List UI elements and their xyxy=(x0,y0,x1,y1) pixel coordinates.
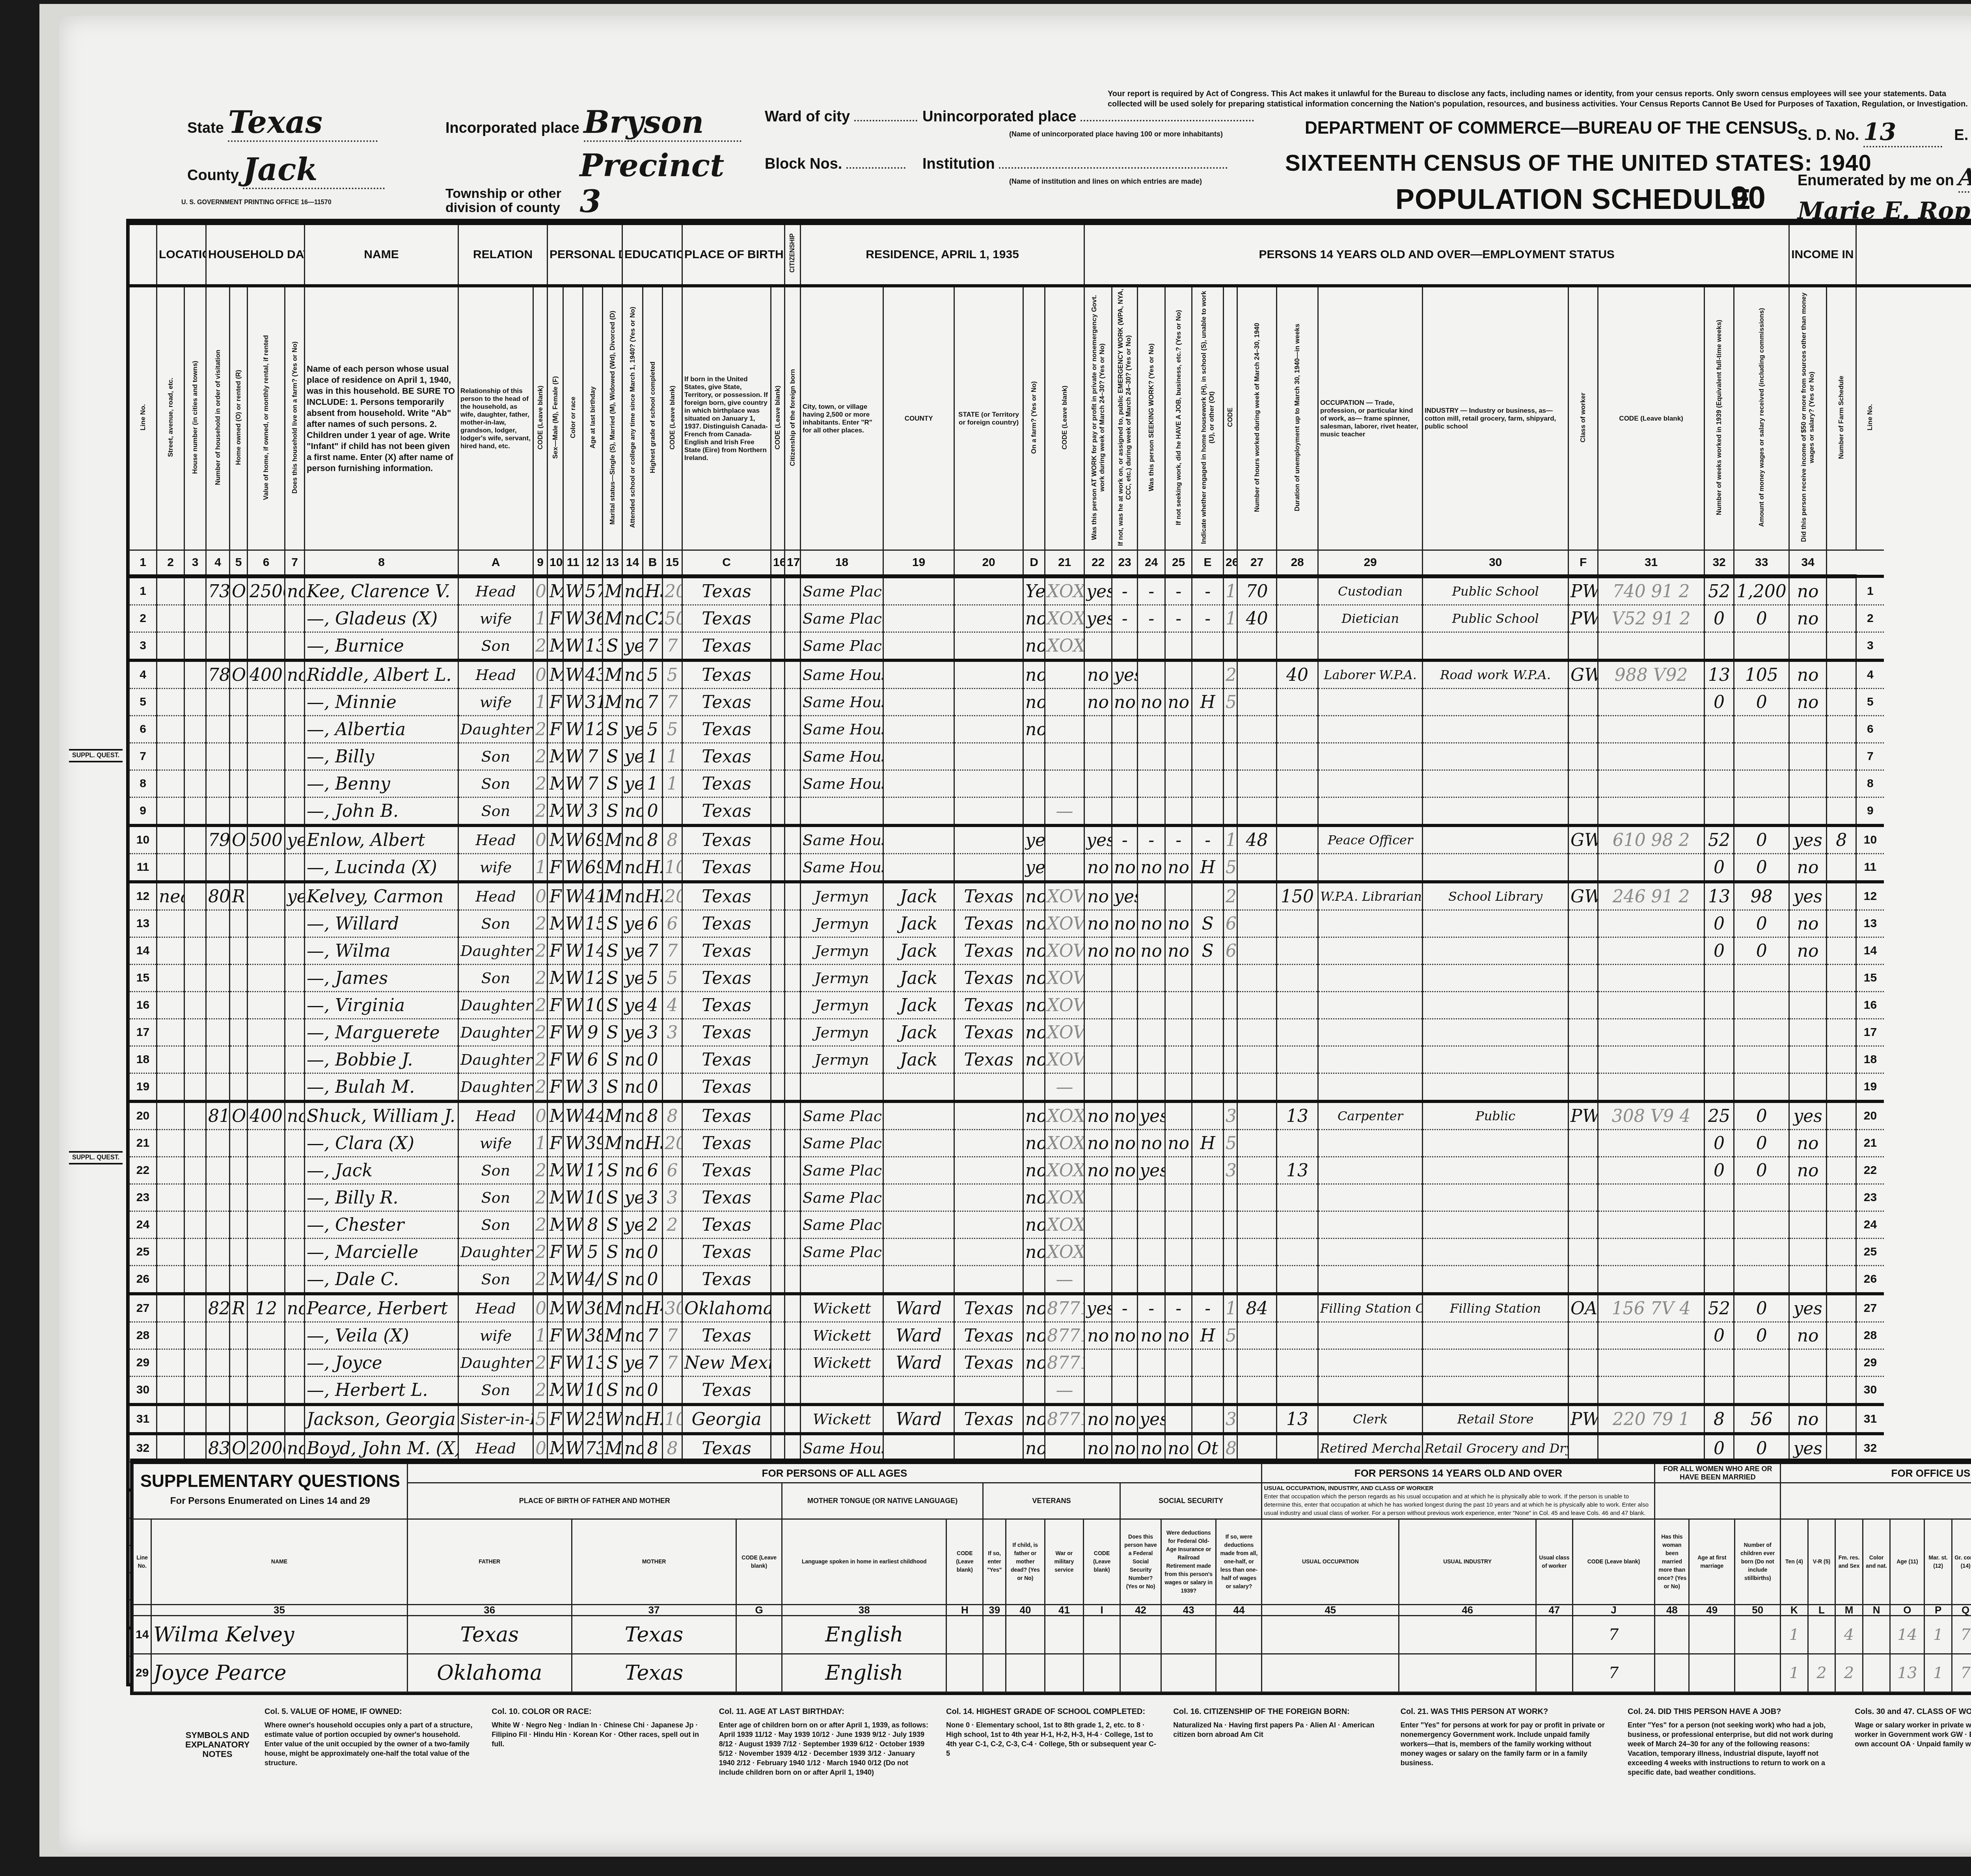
cell-e xyxy=(1224,770,1237,797)
cell-f xyxy=(1598,1130,1705,1157)
cell-street xyxy=(157,825,184,854)
cell-sch: yes xyxy=(622,632,643,661)
supp-header-row: Line No.NAMEFATHERMOTHERCODE (Leave blan… xyxy=(133,1519,1971,1604)
cell-value xyxy=(248,1266,285,1294)
cell-c33 xyxy=(1789,1211,1827,1239)
cell-c23 xyxy=(1138,1377,1165,1405)
cell-hh xyxy=(206,1046,230,1073)
census-row: 13—, WillardSon2MW15Syes66TexasJermynJac… xyxy=(129,910,1971,937)
cell-mar: S xyxy=(603,1377,622,1405)
note-title: Cols. 30 and 47. CLASS OF WORKER: xyxy=(1855,1707,1971,1716)
cell-hh xyxy=(206,937,230,965)
cell-res-city: Same House xyxy=(801,1434,883,1462)
cell-occ: Laborer W.P.A. xyxy=(1318,660,1423,689)
cell-e: 1 xyxy=(1224,1294,1237,1322)
cell-name: —, Herbert L. xyxy=(305,1377,458,1405)
line-number: 4 xyxy=(129,660,157,689)
cell-grade: 4 xyxy=(643,992,663,1019)
cell-c22: yes xyxy=(1112,660,1138,689)
cell-res-county xyxy=(883,1266,954,1294)
line-number: 11 xyxy=(129,854,157,882)
cell-mar: M xyxy=(603,1101,622,1130)
cell-c25: H xyxy=(1192,1130,1224,1157)
cell-res-county xyxy=(883,1073,954,1102)
column-number: 12 xyxy=(583,550,603,577)
cell-street xyxy=(157,1266,184,1294)
cell-c21: no xyxy=(1084,689,1112,716)
group-income: INCOME IN 1939 xyxy=(1789,225,1856,286)
supp-cell-c42 xyxy=(1120,1654,1161,1692)
cell-cit xyxy=(785,689,801,716)
cell-ind xyxy=(1423,1211,1569,1239)
cell-mar: M xyxy=(603,1322,622,1349)
cell-c22 xyxy=(1112,1239,1138,1266)
supp-cell-q: 7 xyxy=(1952,1654,1971,1692)
cell-res-farm: yes xyxy=(1023,854,1045,882)
cell-c21 xyxy=(1084,1377,1112,1405)
cell-c25 xyxy=(1192,660,1224,689)
cell-ind xyxy=(1423,992,1569,1019)
column-number: 31 xyxy=(1598,550,1705,577)
cell-race: W xyxy=(563,797,583,826)
cell-own: O xyxy=(230,825,248,854)
cell-name: —, Wilma xyxy=(305,937,458,965)
ed-label: E. D. No. xyxy=(1954,127,1971,143)
cell-sex: F xyxy=(548,1322,563,1349)
column-number: 27 xyxy=(1237,550,1277,577)
cell-rel: Son xyxy=(458,1184,533,1211)
cell-c34 xyxy=(1827,632,1856,661)
cell-name: —, Minnie xyxy=(305,689,458,716)
cell-c xyxy=(771,1377,785,1405)
cell-e: 1 xyxy=(1224,605,1237,632)
cell-cit xyxy=(785,716,801,743)
cell-c26 xyxy=(1237,1019,1277,1046)
supp-cell-c40 xyxy=(1006,1615,1045,1654)
cell-grade: 5 xyxy=(643,716,663,743)
cell-e: 5 xyxy=(1224,854,1237,882)
cell-cls xyxy=(1569,965,1598,992)
cell-sch: no xyxy=(622,797,643,826)
cell-res-county: Ward xyxy=(883,1405,954,1434)
cell-res-farm: no xyxy=(1023,992,1045,1019)
supp-cell-c48 xyxy=(1655,1654,1689,1692)
cell-hh xyxy=(206,1377,230,1405)
cell-name: Riddle, Albert L. (X) xyxy=(305,660,458,689)
cell-c22: no xyxy=(1112,689,1138,716)
cell-res-state xyxy=(954,825,1023,854)
cell-c25 xyxy=(1192,716,1224,743)
cell-age: 13 xyxy=(583,1349,603,1377)
cell-c23 xyxy=(1138,1239,1165,1266)
enumerated-label: Enumerated by me on xyxy=(1798,172,1954,189)
cell-f xyxy=(1598,1349,1705,1377)
cell-house xyxy=(184,1101,206,1130)
cell-cit xyxy=(785,797,801,826)
cell-cls: GW xyxy=(1569,825,1598,854)
cell-c33: no xyxy=(1789,854,1827,882)
cell-c27 xyxy=(1277,797,1318,826)
cell-age: 10 xyxy=(583,1184,603,1211)
census-row: 9—, John B.Son2MW3Sno0Texas—9 xyxy=(129,797,1971,826)
supp-column-number: 46 xyxy=(1399,1604,1536,1615)
cell-c24: no xyxy=(1165,1322,1192,1349)
supp-column-header: Color and nat. xyxy=(1863,1519,1890,1604)
cell-res-state: Texas xyxy=(954,992,1023,1019)
cell-farm xyxy=(285,605,305,632)
cell-c25 xyxy=(1192,1405,1224,1434)
cell-res-farm: no xyxy=(1023,689,1045,716)
cell-birth: Texas xyxy=(682,1101,771,1130)
cell-res-city xyxy=(801,1377,883,1405)
cell-d xyxy=(1045,716,1084,743)
cell-c xyxy=(771,992,785,1019)
cell-c xyxy=(771,660,785,689)
cell-b xyxy=(663,1073,682,1102)
cell-occ xyxy=(1318,1184,1423,1211)
cell-d: — xyxy=(1045,1377,1084,1405)
cell-rel: Son xyxy=(458,797,533,826)
cell-name: —, Marcielle xyxy=(305,1239,458,1266)
cell-e: 6 xyxy=(1224,910,1237,937)
cell-grade: 1 xyxy=(643,743,663,770)
cell-c27 xyxy=(1277,1046,1318,1073)
cell-c31: 0 xyxy=(1705,1322,1734,1349)
cell-c26 xyxy=(1237,1184,1277,1211)
cell-res-state: Texas xyxy=(954,1405,1023,1434)
cell-mar: S xyxy=(603,1239,622,1266)
cell-res-county: Ward xyxy=(883,1349,954,1377)
cell-e xyxy=(1224,1239,1237,1266)
block-value xyxy=(846,167,905,169)
cell-cls xyxy=(1569,937,1598,965)
cell-d: XOXO xyxy=(1045,1184,1084,1211)
cell-age: 3 xyxy=(583,797,603,826)
cell-b: 5 xyxy=(663,660,682,689)
group-education: EDUCATION xyxy=(622,225,682,286)
cell-cit xyxy=(785,1184,801,1211)
cell-e: 1 xyxy=(1224,825,1237,854)
cell-hh xyxy=(206,1184,230,1211)
cell-d xyxy=(1045,770,1084,797)
cell-c34 xyxy=(1827,1239,1856,1266)
cell-res-city: Jermyn xyxy=(801,882,883,910)
cell-birth: Texas xyxy=(682,1266,771,1294)
cell-c33 xyxy=(1789,1019,1827,1046)
cell-grade: H3 xyxy=(643,1130,663,1157)
cell-c32 xyxy=(1734,632,1789,661)
cell-c32: 0 xyxy=(1734,1434,1789,1462)
cell-res-county xyxy=(883,1130,954,1157)
census-row: 3283O2000noBoyd, John M. (X)Head0MW73Mno… xyxy=(129,1434,1971,1462)
cell-mar: S xyxy=(603,965,622,992)
cell-age: 39 xyxy=(583,1130,603,1157)
cell-c27: 13 xyxy=(1277,1101,1318,1130)
cell-res-county xyxy=(883,1101,954,1130)
cell-a: 0 xyxy=(533,660,548,689)
cell-c33: no xyxy=(1789,910,1827,937)
cell-e: 1 xyxy=(1224,576,1237,605)
cell-cls xyxy=(1569,797,1598,826)
supp-cell-c41 xyxy=(1045,1654,1084,1692)
cell-house xyxy=(184,1434,206,1462)
cell-e xyxy=(1224,797,1237,826)
supp-row: 14Wilma KelveyTexasTexasEnglish714141760… xyxy=(133,1615,1971,1654)
cell-name: —, Jack xyxy=(305,1157,458,1184)
cell-sch: yes xyxy=(622,1211,643,1239)
group-relation: RELATION xyxy=(458,225,548,286)
cell-cls xyxy=(1569,1211,1598,1239)
cell-rel: Daughter xyxy=(458,716,533,743)
cell-c34 xyxy=(1827,1157,1856,1184)
cell-sch: no xyxy=(622,605,643,632)
supp-column-number: 41 xyxy=(1045,1604,1084,1615)
notes-title: SYMBOLS AND EXPLANATORY NOTES xyxy=(185,1707,250,1825)
cell-cls xyxy=(1569,1157,1598,1184)
cell-d xyxy=(1045,743,1084,770)
cell-c23 xyxy=(1138,743,1165,770)
cell-f xyxy=(1598,1073,1705,1102)
cell-c22: no xyxy=(1112,910,1138,937)
cell-age: 43 xyxy=(583,660,603,689)
cell-mar: S xyxy=(603,1266,622,1294)
supp-column-header: If so, enter "Yes" xyxy=(983,1519,1006,1604)
cell-c21: yes xyxy=(1084,576,1112,605)
ward-field: Ward of city xyxy=(765,108,917,125)
line-number: 12 xyxy=(1856,882,1884,910)
cell-own xyxy=(230,1349,248,1377)
cell-sch: no xyxy=(622,1405,643,1434)
cell-name: Boyd, John M. (X) xyxy=(305,1434,458,1462)
cell-grade: 2 xyxy=(643,1211,663,1239)
cell-res-state: Texas xyxy=(954,910,1023,937)
group-personal: PERSONAL DESCRIPTION xyxy=(548,225,622,286)
cell-c32 xyxy=(1734,992,1789,1019)
cell-c34 xyxy=(1827,1073,1856,1102)
cell-hh xyxy=(206,1019,230,1046)
cell-c26 xyxy=(1237,937,1277,965)
cell-c27 xyxy=(1277,770,1318,797)
cell-res-state xyxy=(954,1101,1023,1130)
cell-mar: S xyxy=(603,1019,622,1046)
cell-res-county: Jack xyxy=(883,882,954,910)
cell-age: 73 xyxy=(583,1434,603,1462)
cell-c31 xyxy=(1705,797,1734,826)
cell-cit xyxy=(785,992,801,1019)
cell-c25 xyxy=(1192,770,1224,797)
cell-c33: no xyxy=(1789,937,1827,965)
cell-c22: no xyxy=(1112,854,1138,882)
cell-c22 xyxy=(1112,1349,1138,1377)
township-field: Township or other division of county Pre… xyxy=(445,148,800,221)
cell-street xyxy=(157,1211,184,1239)
cell-e xyxy=(1224,716,1237,743)
cell-cls: PW xyxy=(1569,1405,1598,1434)
cell-name: —, Billy xyxy=(305,743,458,770)
cell-sex: F xyxy=(548,1073,563,1102)
cell-farm xyxy=(285,632,305,661)
note-block: Col. 5. VALUE OF HOME, IF OWNED:Where ow… xyxy=(265,1707,477,1825)
cell-sch: no xyxy=(622,1294,643,1322)
cell-c23: - xyxy=(1138,576,1165,605)
cell-age: 10/12 xyxy=(583,1377,603,1405)
block-label: Block Nos. xyxy=(765,156,842,172)
line-number: 28 xyxy=(129,1322,157,1349)
supp-cell-c44 xyxy=(1216,1654,1262,1692)
cell-race: W xyxy=(563,1294,583,1322)
cell-c26 xyxy=(1237,797,1277,826)
cell-c26 xyxy=(1237,1266,1277,1294)
cell-occ xyxy=(1318,1377,1423,1405)
cell-c31: 0 xyxy=(1705,689,1734,716)
cell-own xyxy=(230,965,248,992)
cell-c24 xyxy=(1165,632,1192,661)
cell-a: 2 xyxy=(533,1184,548,1211)
cell-street: near xyxy=(157,882,184,910)
cell-birth: Texas xyxy=(682,743,771,770)
cell-res-city xyxy=(801,797,883,826)
cell-res-county xyxy=(883,605,954,632)
cell-rel: Son xyxy=(458,1211,533,1239)
cell-sex: F xyxy=(548,1130,563,1157)
cell-c xyxy=(771,1101,785,1130)
suppl-quest-left-14: SUPPL. QUEST. xyxy=(69,749,123,762)
cell-c22 xyxy=(1112,965,1138,992)
cell-c23 xyxy=(1138,1019,1165,1046)
line-number: 9 xyxy=(1856,797,1884,826)
column-number: E xyxy=(1192,550,1224,577)
cell-rel: Head xyxy=(458,1434,533,1462)
cell-cls: PW xyxy=(1569,1101,1598,1130)
cell-sex: M xyxy=(548,660,563,689)
cell-c32: 56 xyxy=(1734,1405,1789,1434)
cell-res-state: Texas xyxy=(954,1294,1023,1322)
cell-grade: 3 xyxy=(643,1019,663,1046)
cell-c24 xyxy=(1165,1184,1192,1211)
cell-res-county xyxy=(883,660,954,689)
cell-c22 xyxy=(1112,1211,1138,1239)
cell-b: 7 xyxy=(663,689,682,716)
cell-value xyxy=(248,854,285,882)
cell-f: 156 7V 4 xyxy=(1598,1294,1705,1322)
cell-mar: M xyxy=(603,576,622,605)
supp-column-number: J xyxy=(1572,1604,1655,1615)
cell-rel: Son xyxy=(458,770,533,797)
census-row: 25—, MarcielleDaughter2FW5Sno0TexasSame … xyxy=(129,1239,1971,1266)
cell-b: 20 xyxy=(663,882,682,910)
cell-res-farm: no xyxy=(1023,660,1045,689)
cell-c22: - xyxy=(1112,576,1138,605)
cell-c34 xyxy=(1827,1434,1856,1462)
line-number: 31 xyxy=(1856,1405,1884,1434)
cell-farm: yes xyxy=(285,825,305,854)
cell-f: 220 79 1 xyxy=(1598,1405,1705,1434)
cell-a: 2 xyxy=(533,797,548,826)
cell-c21: yes xyxy=(1084,605,1112,632)
cell-c32 xyxy=(1734,965,1789,992)
cell-street xyxy=(157,716,184,743)
cell-house xyxy=(184,1322,206,1349)
cell-res-state: Texas xyxy=(954,1046,1023,1073)
cell-sex: M xyxy=(548,576,563,605)
supp-column-number: 42 xyxy=(1120,1604,1161,1615)
cell-mar: S xyxy=(603,1349,622,1377)
cell-occ: Custodian xyxy=(1318,576,1423,605)
census-row: 2081O400noShuck, William J.Head0MW44Mno8… xyxy=(129,1101,1971,1130)
line-number: 21 xyxy=(129,1130,157,1157)
cell-street xyxy=(157,632,184,661)
cell-c27 xyxy=(1277,1239,1318,1266)
cell-c26 xyxy=(1237,1073,1277,1102)
cell-grade: 0 xyxy=(643,1266,663,1294)
census-row: 28—, Veila (X)wife1FW38Mno77TexasWickett… xyxy=(129,1322,1971,1349)
column-number: 9 xyxy=(533,550,548,577)
cell-sex: M xyxy=(548,1101,563,1130)
cell-farm xyxy=(285,965,305,992)
cell-rel: Daughter xyxy=(458,1046,533,1073)
cell-race: W xyxy=(563,605,583,632)
cell-c34 xyxy=(1827,1019,1856,1046)
census-row: 12near80RyesKelvey, CarmonHead0FW41MnoH3… xyxy=(129,882,1971,910)
supp-column-header: V-R (5) xyxy=(1808,1519,1835,1604)
line-number: 25 xyxy=(129,1239,157,1266)
cell-b: 2 xyxy=(663,1211,682,1239)
cell-own xyxy=(230,910,248,937)
line-number: 16 xyxy=(129,992,157,1019)
note-block: Col. 21. WAS THIS PERSON AT WORK?Enter "… xyxy=(1401,1707,1613,1825)
cell-res-city: Same Place xyxy=(801,1184,883,1211)
line-number: 18 xyxy=(129,1046,157,1073)
cell-c31 xyxy=(1705,1184,1734,1211)
cell-c26 xyxy=(1237,1046,1277,1073)
cell-c25 xyxy=(1192,965,1224,992)
cell-c32 xyxy=(1734,1184,1789,1211)
cell-c23 xyxy=(1138,1211,1165,1239)
cell-c xyxy=(771,965,785,992)
cell-farm: no xyxy=(285,660,305,689)
cell-house xyxy=(184,1377,206,1405)
cell-res-farm xyxy=(1023,743,1045,770)
line-number: 32 xyxy=(1856,1434,1884,1462)
cell-c31: 0 xyxy=(1705,1157,1734,1184)
column-number: 23 xyxy=(1112,550,1138,577)
cell-sex: M xyxy=(548,1266,563,1294)
cell-name: —, Benny xyxy=(305,770,458,797)
supp-column-number: Q xyxy=(1952,1604,1971,1615)
cell-c32: 0 xyxy=(1734,854,1789,882)
cell-e xyxy=(1224,992,1237,1019)
cell-house xyxy=(184,743,206,770)
cell-res-state xyxy=(954,660,1023,689)
line-number: 12 xyxy=(129,882,157,910)
cell-c34 xyxy=(1827,605,1856,632)
cell-c27 xyxy=(1277,854,1318,882)
cell-mar: M xyxy=(603,660,622,689)
cell-birth: Texas xyxy=(682,882,771,910)
cell-res-city: Same Place xyxy=(801,1157,883,1184)
cell-b: 7 xyxy=(663,937,682,965)
column-number: 32 xyxy=(1705,550,1734,577)
cell-occ xyxy=(1318,1046,1423,1073)
cell-c24 xyxy=(1165,965,1192,992)
cell-c23: no xyxy=(1138,1130,1165,1157)
cell-c xyxy=(771,632,785,661)
cell-c xyxy=(771,743,785,770)
cell-own xyxy=(230,1130,248,1157)
cell-c22 xyxy=(1112,1046,1138,1073)
cell-a: 2 xyxy=(533,716,548,743)
cell-b: 5 xyxy=(663,965,682,992)
